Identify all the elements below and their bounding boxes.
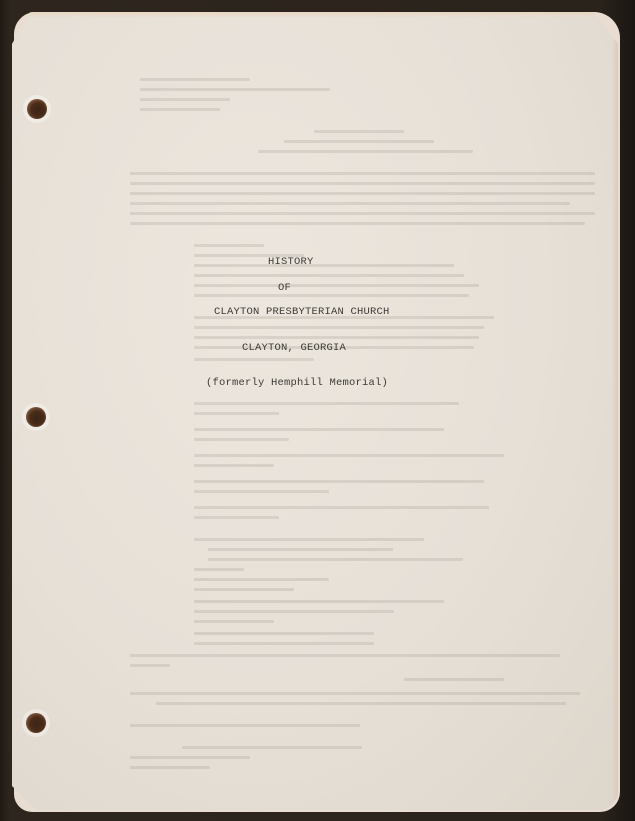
title-church-name: CLAYTON PRESBYTERIAN CHURCH	[214, 306, 390, 318]
title-of: OF	[278, 282, 291, 294]
title-location: CLAYTON, GEORGIA	[242, 342, 346, 354]
title-history: HISTORY	[268, 256, 314, 268]
title-block: HISTORY OF CLAYTON PRESBYTERIAN CHURCH C…	[0, 0, 635, 821]
title-former-name: (formerly Hemphill Memorial)	[206, 377, 388, 389]
